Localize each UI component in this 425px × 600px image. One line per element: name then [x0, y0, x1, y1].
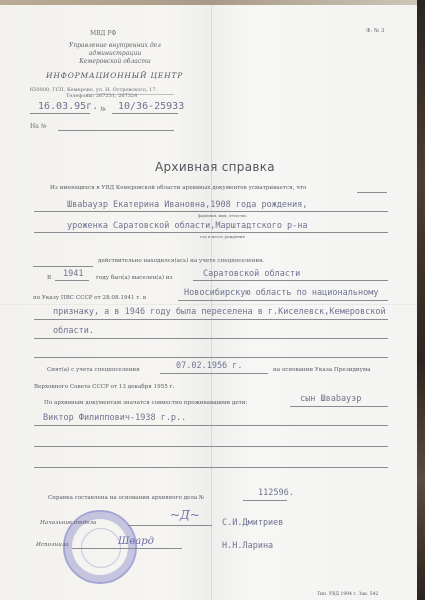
eviction-year: 1941 [63, 269, 83, 279]
intro-text: Из имеющихся в УВД Кемеровской области а… [50, 185, 306, 191]
birthplace-field: уроженка Саратовской области,Марштадтско… [67, 221, 308, 231]
removed-label: Снят(а) с учета спецпоселения [47, 367, 140, 373]
birthplace-caption: год и место рождения [200, 234, 245, 239]
form-code: Ф. № 3 [366, 28, 385, 34]
year-prefix: В [47, 275, 51, 281]
basis-label: Справка составлена на основании архивног… [48, 495, 204, 501]
chief-name: С.И.Дмитриев [222, 518, 283, 528]
executor-label: Исполнила [36, 542, 69, 548]
top-edge [0, 0, 425, 5]
removed-date-field: 07.02.1956 г. [176, 361, 243, 371]
ref-number-label: На № [30, 123, 46, 130]
children-line-1: сын Шваbауэр [300, 394, 361, 404]
evicted-from-field: Саратовской области [203, 269, 300, 279]
info-center-title: ИНФОРМАЦИОННЫЙ ЦЕНТР [46, 71, 183, 80]
destination-line-1: Новосибирскую область по национальному [184, 288, 378, 298]
decree-text: по Указу ПВС СССР от 28.08.1941 г. в [33, 295, 146, 301]
case-number: 112596. [258, 488, 294, 498]
person-caption: фамилия, имя, отчество [198, 213, 247, 218]
ministry-label: МВД РФ [90, 30, 116, 37]
document-title: Архивная справка [155, 160, 275, 174]
executor-signature: Швард [118, 536, 154, 547]
document-number: 10/36-25933 [118, 101, 184, 112]
removed-basis-2: Верховного Совета СССР от 13 декабря 195… [34, 384, 174, 390]
destination-line-3: области. [53, 326, 94, 336]
destination-line-2: признаку, а в 1946 году была переселена … [53, 307, 386, 317]
person-name-field: Шваbауэр Екатерина Ивановна,1908 года ро… [67, 200, 308, 210]
evicted-text: году был(а) выселен(а) из [96, 275, 173, 281]
phones: Телефоны: 267231, 267324 [66, 93, 137, 99]
document-page: МВД РФ Управление внутренних дел админис… [0, 4, 418, 600]
children-label: По архивным документам значатся совместн… [44, 400, 247, 406]
fold-line-vertical [211, 4, 212, 600]
number-label: № [100, 106, 106, 113]
chief-signature: ~Д~ [170, 508, 200, 522]
department-line-1: Управление внутренних дел [55, 42, 175, 49]
department-line-3: Кемеровской области [55, 58, 175, 65]
children-line-2: Виктор Филиппович-1938 г.р.. [43, 413, 186, 423]
right-background-edge [417, 0, 425, 600]
executor-name: Н.Н.Ларина [222, 541, 273, 551]
fold-line-horizontal [0, 304, 418, 305]
issue-date: 16.03.95г. [38, 101, 98, 112]
removed-basis-1: на основании Указа Президиума [273, 367, 371, 373]
department-line-2: администрации [55, 50, 175, 57]
registered-text: действительно находился(ась) на учете сп… [98, 258, 264, 264]
print-info: Тип. УВД 1994 г. Зак. 542 [317, 592, 378, 597]
chief-label: Начальник отдела [40, 520, 96, 526]
